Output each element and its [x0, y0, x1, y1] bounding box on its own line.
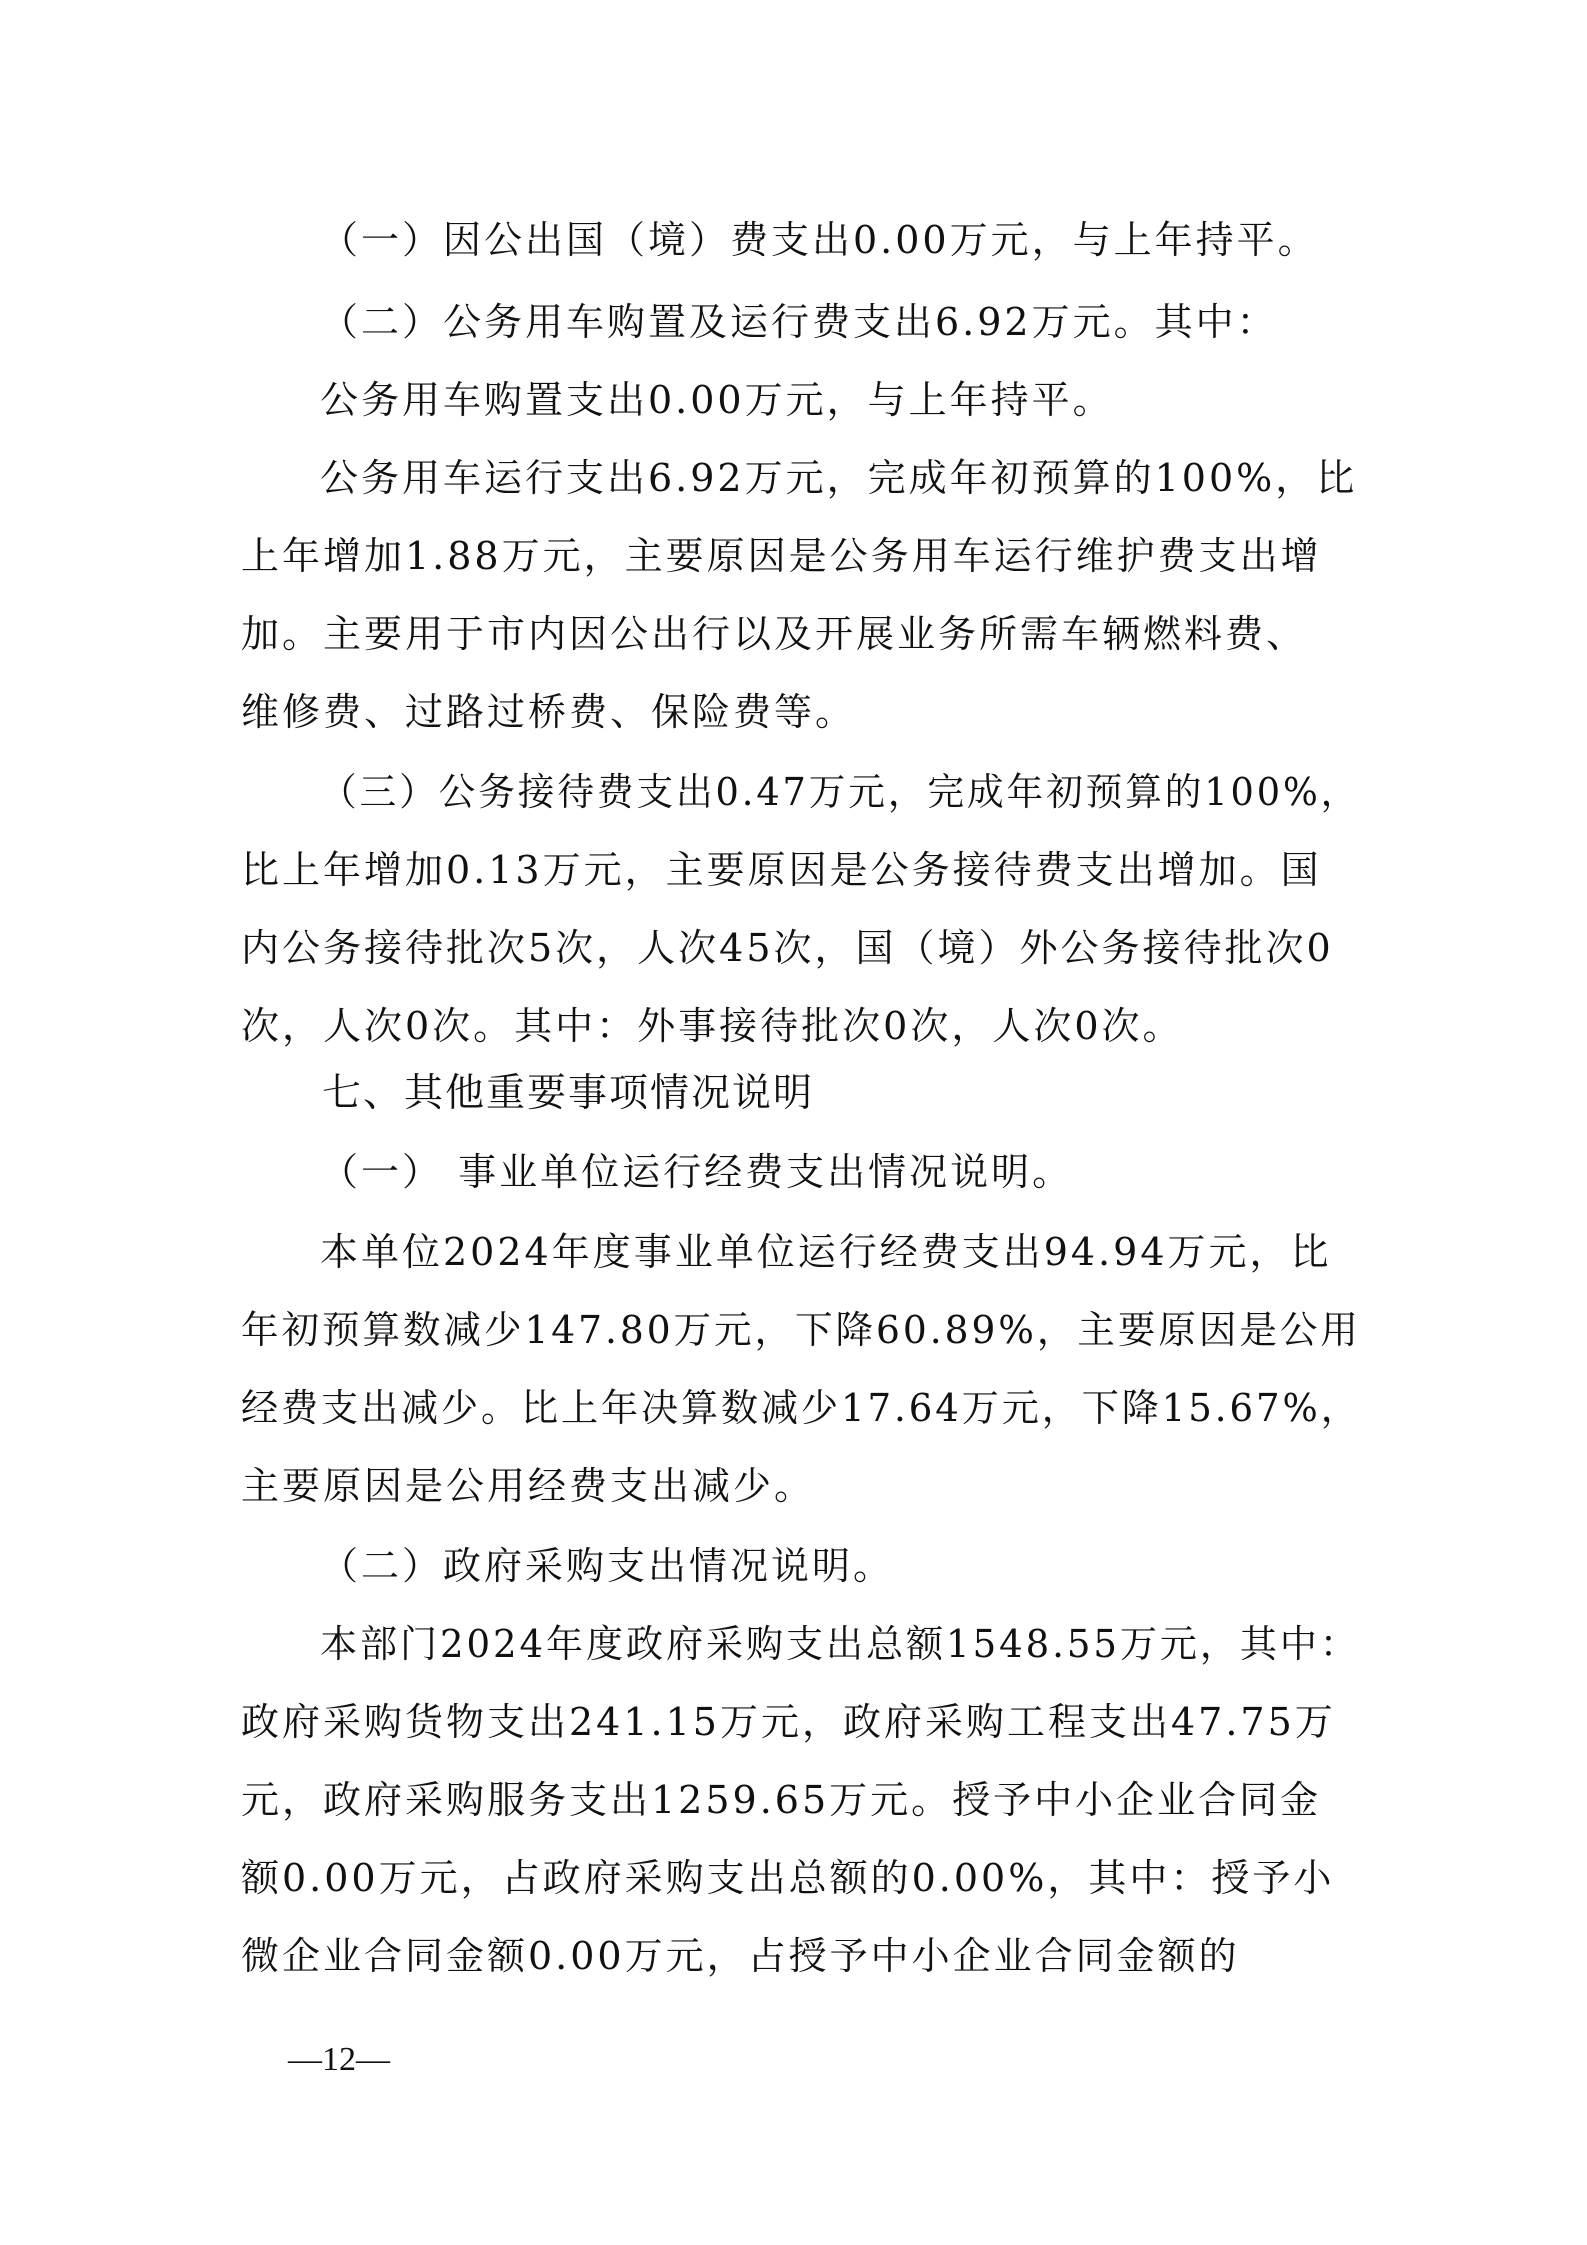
paragraph-line: 上年增加1.88万元，主要原因是公务用车运行维护费支出增 — [241, 526, 1361, 586]
paragraph-line: 内公务接待批次5次，人次45次，国（境）外公务接待批次0 — [241, 918, 1361, 978]
paragraph-line: 额0.00万元，占政府采购支出总额的0.00%，其中：授予小 — [241, 1848, 1361, 1908]
paragraph-line: 次，人次0次。其中：外事接待批次0次，人次0次。 — [241, 996, 1361, 1056]
paragraph-line-vehicle-total: （二）公务用车购置及运行费支出6.92万元。其中： — [320, 292, 1360, 352]
subsection-heading-procurement: （二）政府采购支出情况说明。 — [320, 1536, 1360, 1596]
paragraph-line: 微企业合同金额0.00万元，占授予中小企业合同金额的 — [241, 1926, 1361, 1986]
paragraph-line: 比上年增加0.13万元，主要原因是公务接待费支出增加。国 — [241, 840, 1361, 900]
section-heading: 七、其他重要事项情况说明 — [322, 1064, 1442, 1124]
subsection-heading-operating-expenses: （一） 事业单位运行经费支出情况说明。 — [320, 1142, 1360, 1202]
paragraph-line: 主要原因是公用经费支出减少。 — [241, 1456, 1361, 1516]
paragraph-line-vehicle-purchase: 公务用车购置支出0.00万元，与上年持平。 — [320, 370, 1360, 430]
document-page: （一）因公出国（境）费支出0.00万元，与上年持平。 （二）公务用车购置及运行费… — [0, 0, 1587, 2245]
paragraph-line-procurement: 本部门2024年度政府采购支出总额1548.55万元，其中： — [320, 1614, 1335, 1674]
paragraph-line-operating-expenses: 本单位2024年度事业单位运行经费支出94.94万元，比 — [320, 1222, 1360, 1282]
paragraph-line-vehicle-operation: 公务用车运行支出6.92万元，完成年初预算的100%，比 — [320, 448, 1360, 508]
paragraph-line-overseas-travel: （一）因公出国（境）费支出0.00万元，与上年持平。 — [320, 210, 1360, 270]
paragraph-line: 加。主要用于市内因公出行以及开展业务所需车辆燃料费、 — [241, 604, 1361, 664]
paragraph-line: 政府采购货物支出241.15万元，政府采购工程支出47.75万 — [241, 1692, 1361, 1752]
paragraph-line-reception: （三）公务接待费支出0.47万元，完成年初预算的100%， — [320, 762, 1323, 822]
page-number: —12— — [288, 2040, 390, 2080]
paragraph-line: 经费支出减少。比上年决算数减少17.64万元，下降15.67%， — [241, 1378, 1334, 1438]
paragraph-line: 元，政府采购服务支出1259.65万元。授予中小企业合同金 — [241, 1770, 1361, 1830]
paragraph-line: 维修费、过路过桥费、保险费等。 — [241, 682, 1361, 742]
paragraph-line: 年初预算数减少147.80万元，下降60.89%，主要原因是公用 — [241, 1300, 1347, 1360]
